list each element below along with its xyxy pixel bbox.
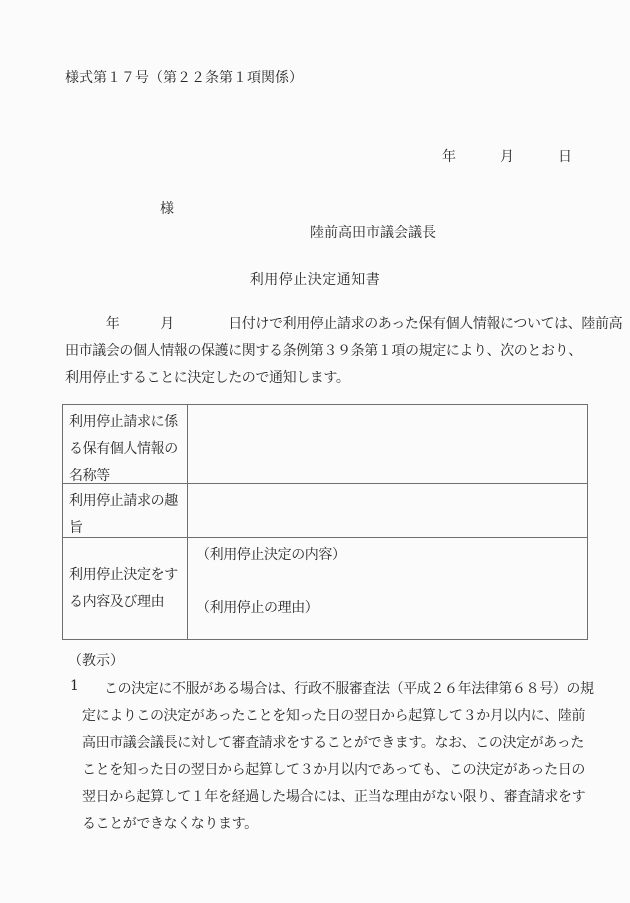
sender-name: 陸前高田市議会議長	[310, 222, 436, 242]
recipient-honorific: 様	[160, 198, 174, 218]
form-number: 様式第１７号（第２２条第１項関係）	[65, 67, 303, 87]
body-paragraph-line: 利用停止することに決定したので通知します。	[65, 367, 349, 387]
notice-item-number: 1	[70, 678, 79, 694]
decision-content-sublabel: （利用停止決定の内容）	[196, 544, 346, 564]
cell-subject-info-value	[188, 405, 587, 483]
notice-line: この決定に不服がある場合は、行政不服審査法（平成２６年法律第６８号）の規	[104, 678, 594, 698]
notice-line: 定によりこの決定があったことを知った日の翌日から起算して３か月以内に、陸前	[82, 705, 585, 725]
row-label-line: 利用停止請求に係	[69, 409, 182, 436]
row-label-subject-info: 利用停止請求に係 る保有個人情報の 名称等	[63, 405, 188, 483]
document-page: 様式第１７号（第２２条第１項関係） 年 月 日 様 陸前高田市議会議長 利用停止…	[0, 0, 630, 903]
body-paragraph-line: 田市議会の個人情報の保護に関する条例第３９条第１項の規定により、次のとおり、	[65, 340, 582, 360]
notice-line: ることができなくなります。	[82, 813, 258, 833]
decision-table: 利用停止請求に係 る保有個人情報の 名称等 利用停止請求の趣 旨 利用停止決定を…	[62, 404, 588, 640]
table-row-subject-info: 利用停止請求に係 る保有個人情報の 名称等	[63, 405, 587, 484]
document-title: 利用停止決定通知書	[0, 269, 630, 289]
row-label-line: 利用停止決定をす	[69, 562, 182, 589]
table-row-decision-content: 利用停止決定をす る内容及び理由 （利用停止決定の内容） （利用停止の理由）	[63, 538, 587, 639]
row-label-line: る保有個人情報の	[69, 436, 182, 463]
notice-line: 高田市議会議長に対して審査請求をすることができます。なお、この決定があった	[82, 732, 584, 752]
suspension-reason-sublabel: （利用停止の理由）	[196, 597, 318, 617]
notice-heading: （教示）	[68, 650, 124, 670]
cell-request-purpose-value	[188, 484, 587, 537]
row-label-line: る内容及び理由	[69, 589, 182, 616]
date-year-label: 年	[442, 146, 456, 166]
cell-decision-content-value: （利用停止決定の内容） （利用停止の理由）	[188, 538, 587, 639]
row-label-line: 利用停止請求の趣	[69, 488, 182, 515]
notice-line: 翌日から起算して１年を経過した場合には、正当な理由がない限り、審査請求をす	[82, 786, 585, 806]
row-label-decision-content: 利用停止決定をす る内容及び理由	[63, 538, 188, 639]
row-label-request-purpose: 利用停止請求の趣 旨	[63, 484, 188, 537]
body-paragraph-line: 年 月 日付けで利用停止請求のあった保有個人情報については、陸前高	[65, 313, 622, 333]
date-month-label: 月	[500, 146, 514, 166]
notice-line: ことを知った日の翌日から起算して３か月以内であっても、この決定があった日の	[82, 759, 585, 779]
table-row-request-purpose: 利用停止請求の趣 旨	[63, 484, 587, 538]
date-day-label: 日	[558, 146, 572, 166]
